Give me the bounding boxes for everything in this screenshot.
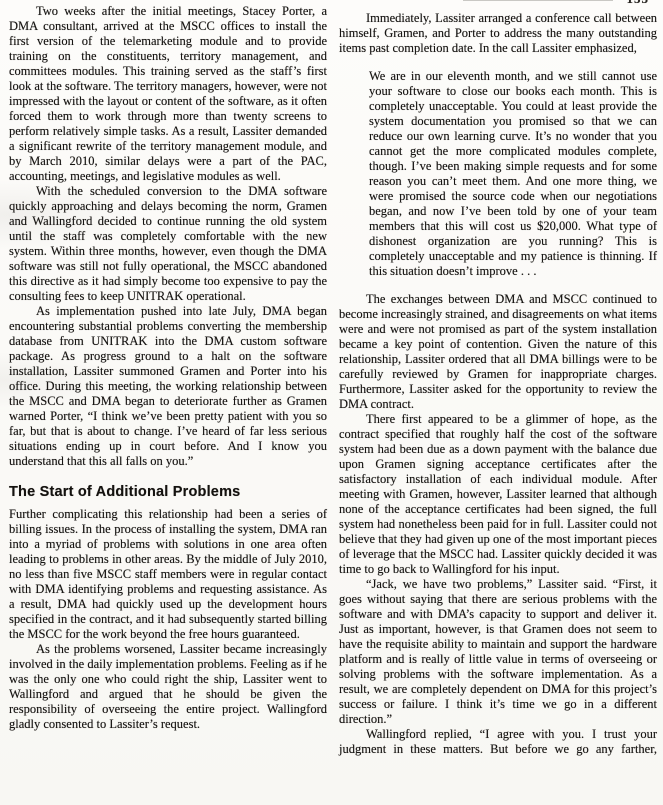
right-column: Immediately, Lassiter arranged a confere… bbox=[339, 4, 657, 757]
paragraph: Further complicating this relationship h… bbox=[9, 507, 327, 642]
paragraph: With the scheduled conversion to the DMA… bbox=[9, 184, 327, 304]
paragraph: There first appeared to be a glimmer of … bbox=[339, 412, 657, 577]
paragraph: As the problems worsened, Lassiter becam… bbox=[9, 642, 327, 732]
running-header-rule bbox=[463, 0, 613, 1]
left-column: Two weeks after the initial meetings, St… bbox=[9, 4, 327, 757]
page-number: 133 bbox=[627, 0, 650, 6]
running-header: 133 bbox=[463, 0, 650, 6]
paragraph-cut-off: Wallingford replied, “I agree with you. … bbox=[339, 727, 657, 757]
block-quote: We are in our eleventh month, and we sti… bbox=[369, 69, 657, 279]
two-column-text-layout: Two weeks after the initial meetings, St… bbox=[0, 0, 663, 757]
section-heading: The Start of Additional Problems bbox=[9, 485, 327, 500]
scanned-book-page: 133 Two weeks after the initial meetings… bbox=[0, 0, 663, 805]
paragraph: As implementation pushed into late July,… bbox=[9, 304, 327, 469]
paragraph: “Jack, we have two problems,” Lassiter s… bbox=[339, 577, 657, 727]
paragraph: Immediately, Lassiter arranged a confere… bbox=[339, 11, 657, 56]
paragraph: Two weeks after the initial meetings, St… bbox=[9, 4, 327, 184]
paragraph: The exchanges between DMA and MSCC conti… bbox=[339, 292, 657, 412]
